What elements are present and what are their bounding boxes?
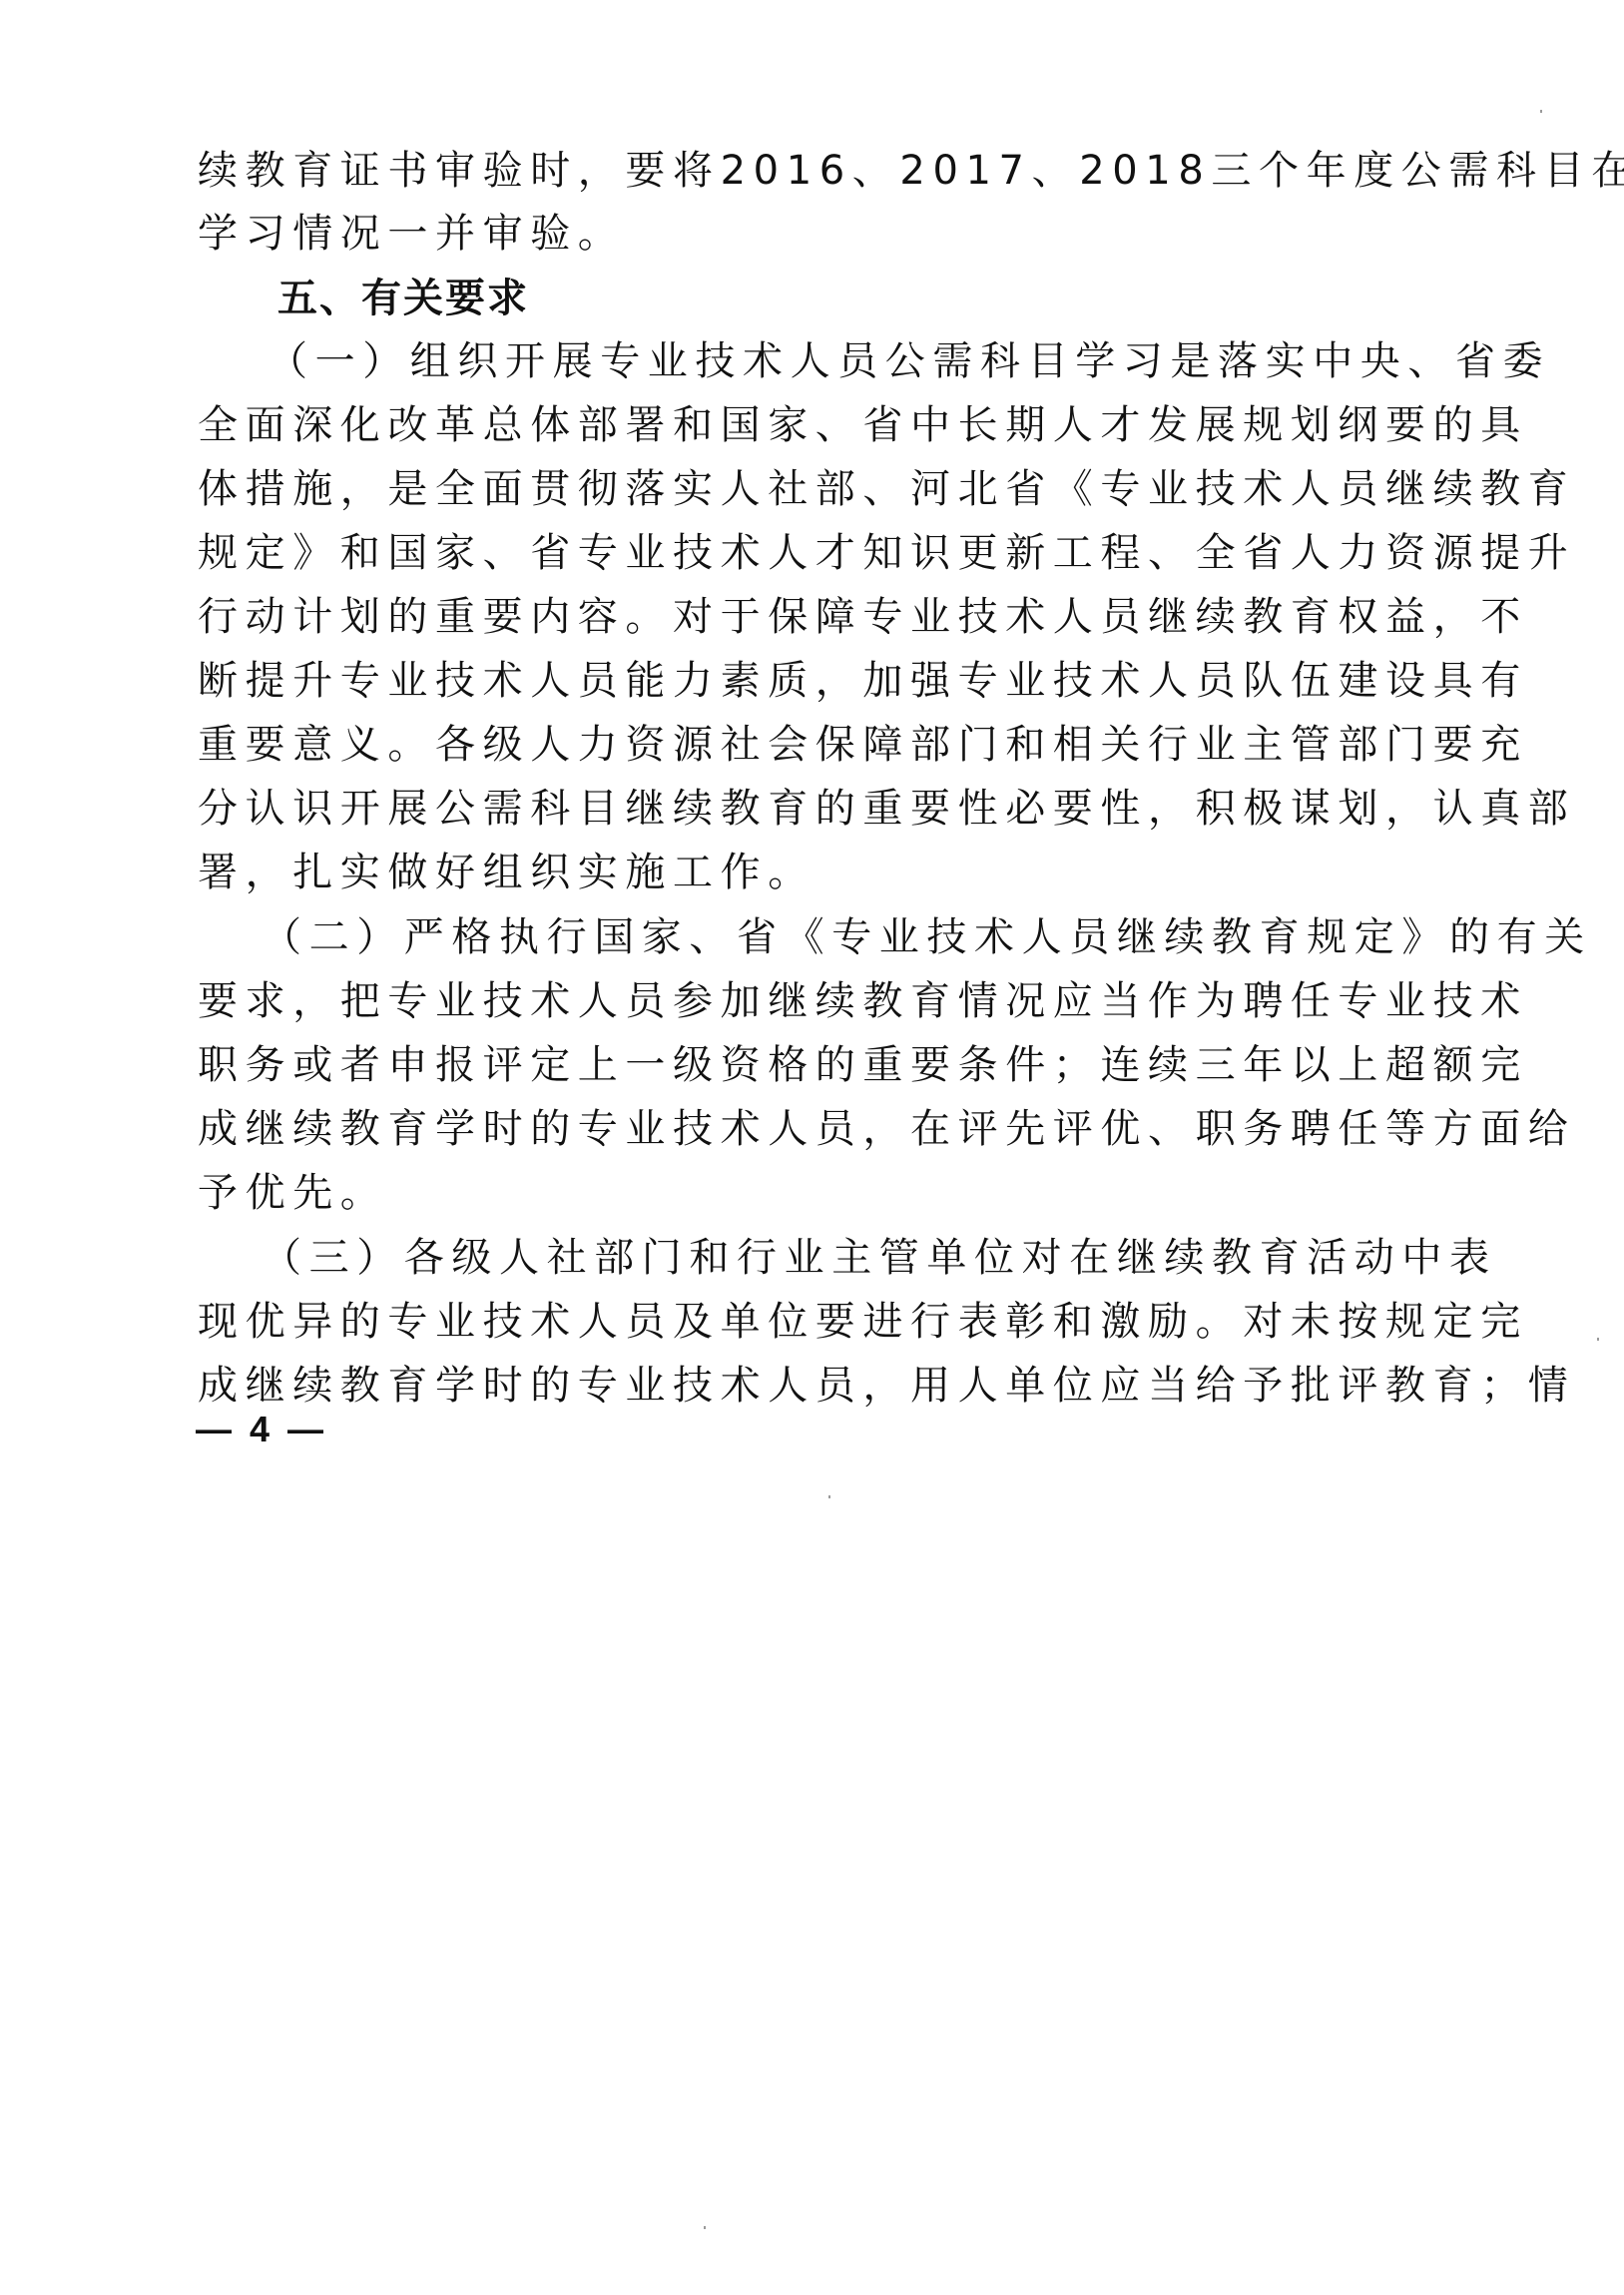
paragraph-3-line: （三）各级人社部门和行业主管单位对在继续教育活动中表 bbox=[262, 1234, 1419, 1282]
body-text-line: 续教育证书审验时，要将2016、2017、2018三个年度公需科目在线 bbox=[198, 147, 1435, 195]
paragraph-2-line: 予优先。 bbox=[198, 1169, 1435, 1217]
scan-speck bbox=[704, 2226, 706, 2229]
body-text-line: 学习情况一并审验。 bbox=[198, 210, 1435, 258]
paragraph-1-line: 规定》和国家、省专业技术人才知识更新工程、全省人力资源提升 bbox=[198, 529, 1435, 577]
paragraph-2-line: 职务或者申报评定上一级资格的重要条件；连续三年以上超额完 bbox=[198, 1041, 1435, 1089]
paragraph-1-line: 分认识开展公需科目继续教育的重要性必要性，积极谋划，认真部 bbox=[198, 785, 1435, 833]
paragraph-1-line: 断提升专业技术人员能力素质，加强专业技术人员队伍建设具有 bbox=[198, 657, 1435, 705]
paragraph-1-line: 全面深化改革总体部署和国家、省中长期人才发展规划纲要的具 bbox=[198, 401, 1435, 449]
page-number: — 4 — bbox=[196, 1410, 327, 1449]
scan-speck bbox=[1540, 110, 1542, 113]
paragraph-3-line: 成继续教育学时的专业技术人员，用人单位应当给予批评教育；情 bbox=[198, 1362, 1435, 1410]
paragraph-1-line: 重要意义。各级人力资源社会保障部门和相关行业主管部门要充 bbox=[198, 721, 1435, 769]
paragraph-3-line: 现优异的专业技术人员及单位要进行表彰和激励。对未按规定完 bbox=[198, 1298, 1435, 1346]
paragraph-1-line: 体措施，是全面贯彻落实人社部、河北省《专业技术人员继续教育 bbox=[198, 465, 1435, 513]
document-page: 续教育证书审验时，要将2016、2017、2018三个年度公需科目在线 学习情况… bbox=[0, 0, 1624, 2295]
paragraph-1-line: （一）组织开展专业技术人员公需科目学习是落实中央、省委 bbox=[268, 337, 1425, 385]
paragraph-2-line: 要求，把专业技术人员参加继续教育情况应当作为聘任专业技术 bbox=[198, 977, 1435, 1025]
scan-speck bbox=[828, 1495, 830, 1498]
paragraph-1-line: 行动计划的重要内容。对于保障专业技术人员继续教育权益，不 bbox=[198, 593, 1435, 641]
paragraph-2-line: 成继续教育学时的专业技术人员，在评先评优、职务聘任等方面给 bbox=[198, 1105, 1435, 1153]
scan-speck bbox=[1597, 1338, 1599, 1341]
paragraph-1-line: 署，扎实做好组织实施工作。 bbox=[198, 849, 1435, 896]
paragraph-2-line: （二）严格执行国家、省《专业技术人员继续教育规定》的有关 bbox=[262, 913, 1419, 961]
section-heading: 五、有关要求 bbox=[277, 275, 1435, 322]
